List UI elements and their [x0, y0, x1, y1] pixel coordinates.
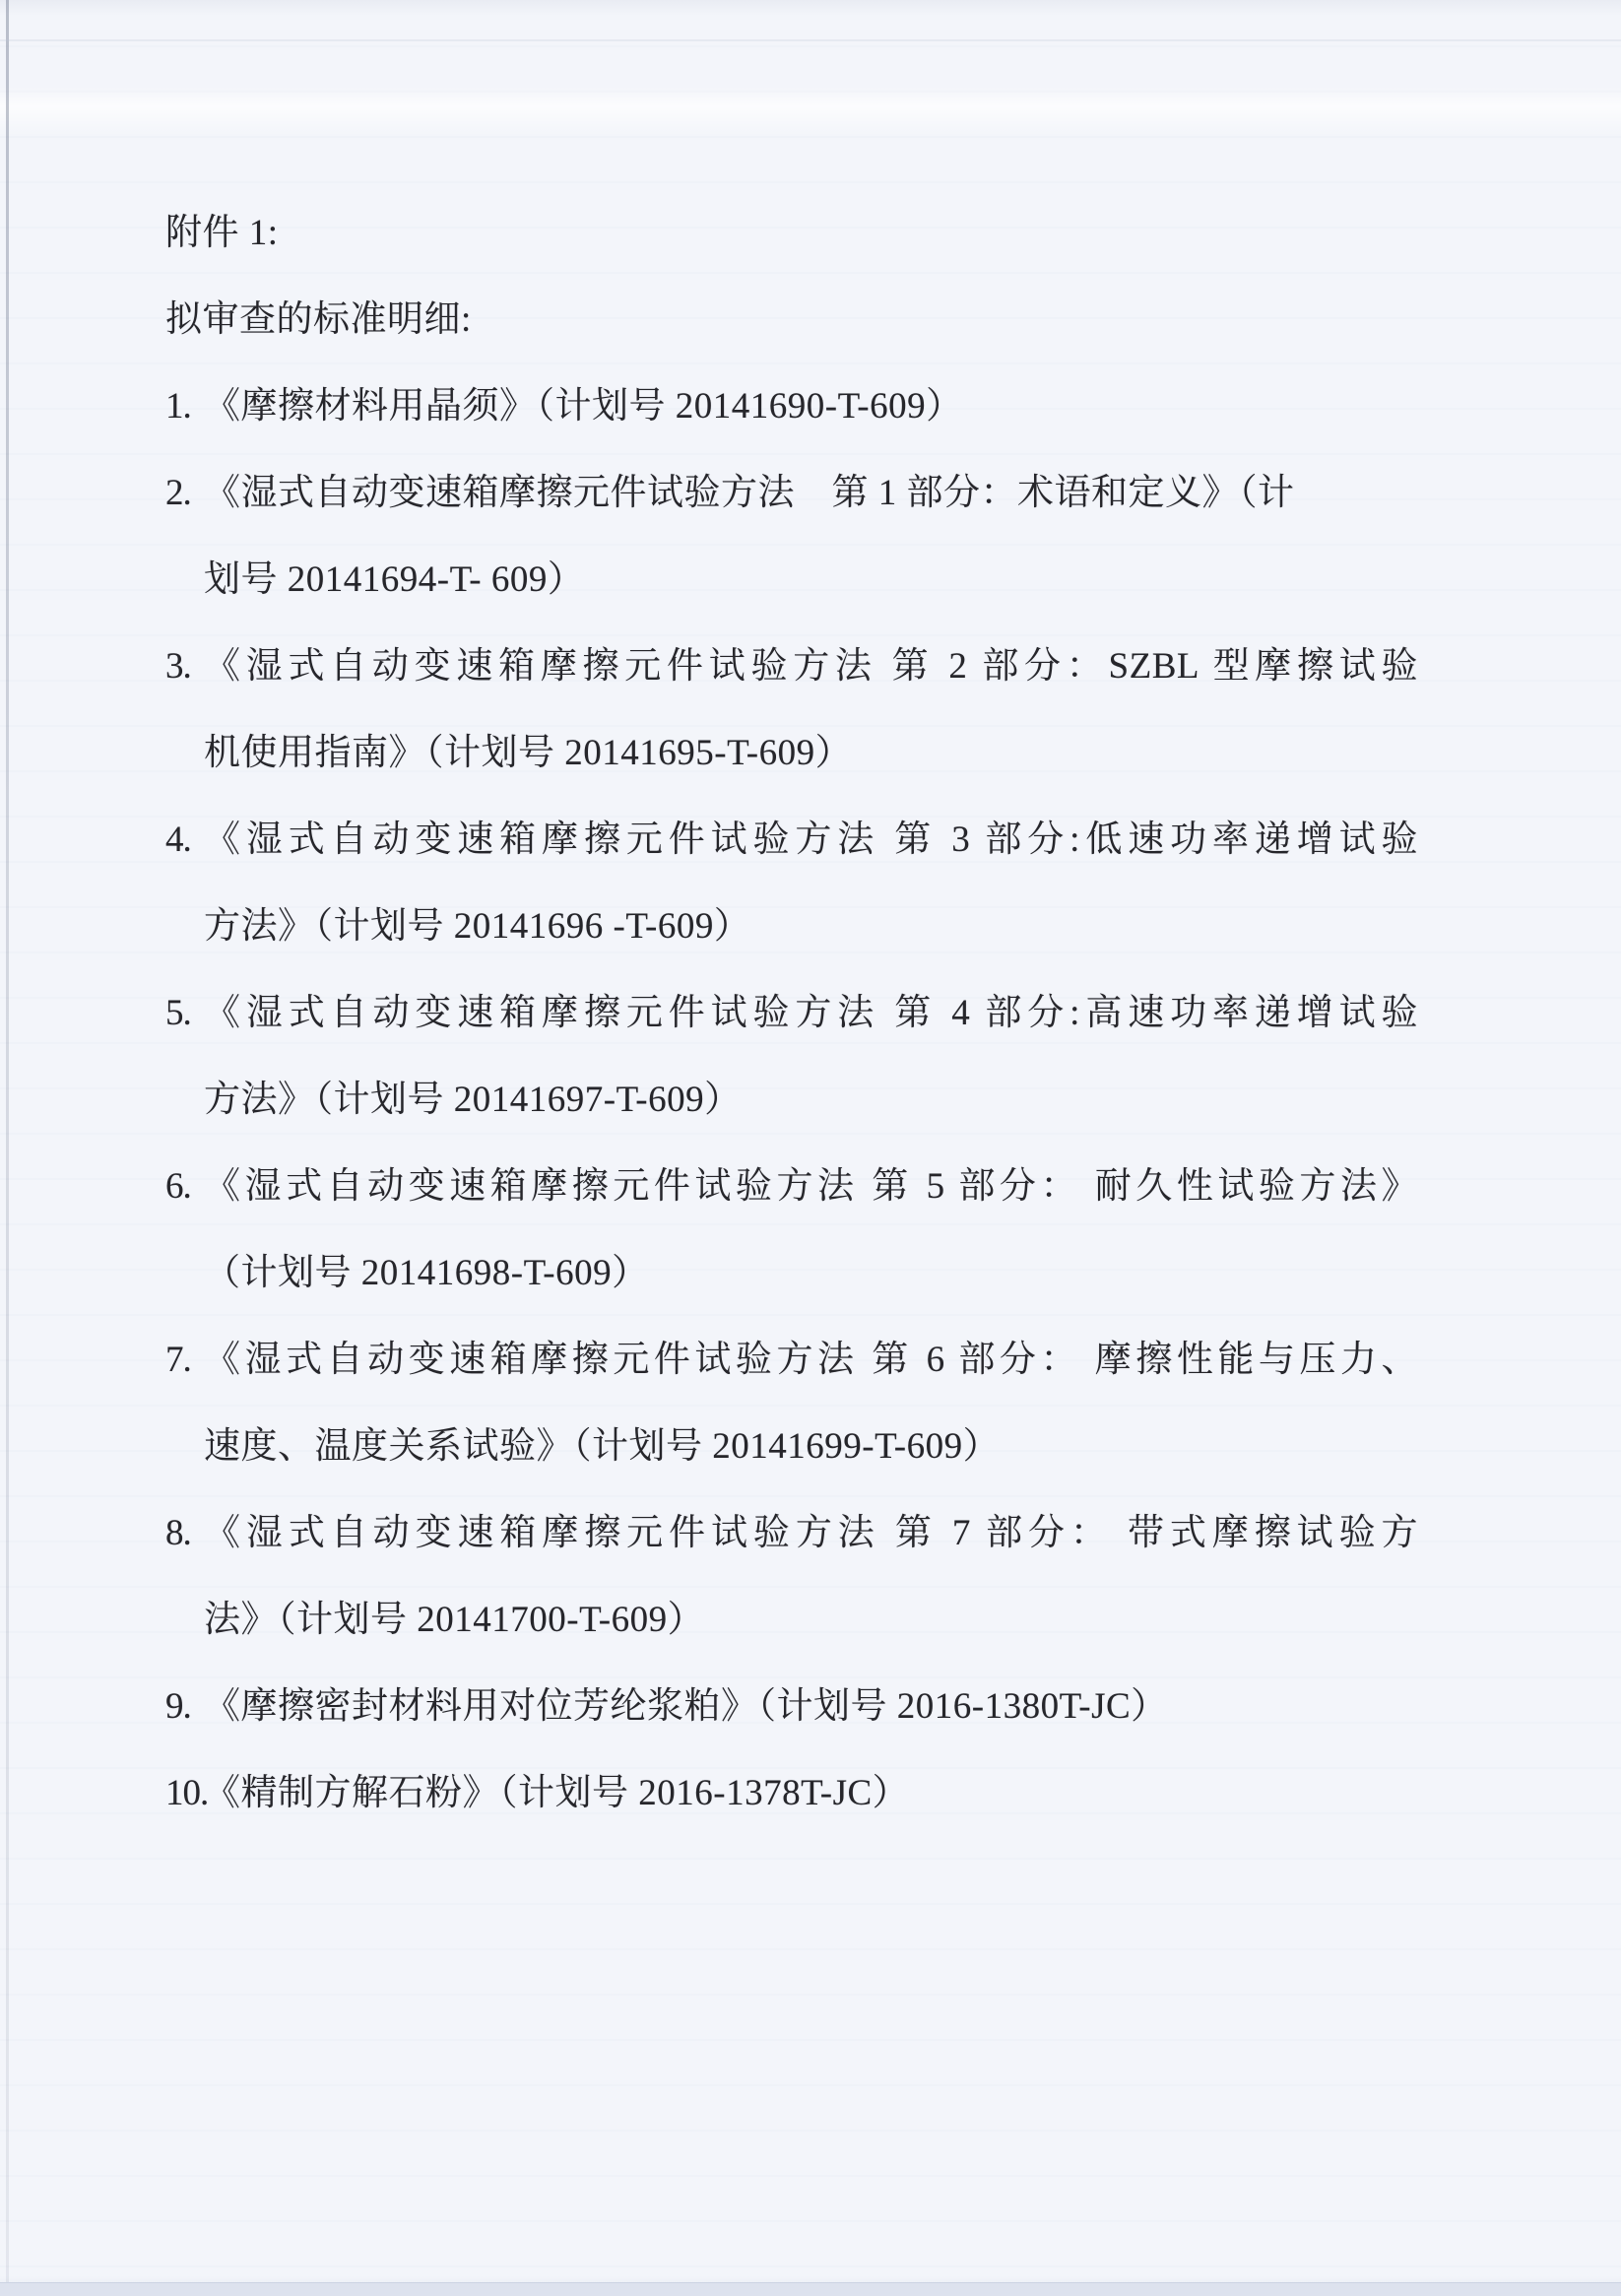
item-text: 《湿式自动变速箱摩擦元件试验方法 第 7 部分： 带式摩擦试验方 [204, 1490, 1418, 1577]
scan-left-edge-artifact [6, 0, 9, 2296]
item-number: 10. [165, 1750, 204, 1837]
item-text: 《湿式自动变速箱摩擦元件试验方法 第 3 部分:低速功率递增试验 [204, 797, 1418, 884]
standard-list-item: 10. 《精制方解石粉》（计划号 2016-1378T-JC） [165, 1750, 1418, 1837]
standard-list-item: 9. 《摩擦密封材料用对位芳纶浆粕》（计划号 2016-1380T-JC） [165, 1664, 1418, 1750]
item-text-continuation: 方法》（计划号 20141697-T-609） [165, 1057, 1418, 1144]
standard-list-item: 8. 《湿式自动变速箱摩擦元件试验方法 第 7 部分： 带式摩擦试验方 法》（计… [165, 1490, 1418, 1664]
standard-list-item: 5. 《湿式自动变速箱摩擦元件试验方法 第 4 部分:高速功率递增试验 方法》（… [165, 970, 1418, 1144]
item-text: 《湿式自动变速箱摩擦元件试验方法 第 5 部分： 耐久性试验方法》 [204, 1144, 1418, 1230]
item-text: 《湿式自动变速箱摩擦元件试验方法 第 1 部分：术语和定义》（计 [204, 450, 1418, 537]
standard-list-item: 7. 《湿式自动变速箱摩擦元件试验方法 第 6 部分： 摩擦性能与压力、 速度、… [165, 1317, 1418, 1490]
item-text-continuation: （计划号 20141698-T-609） [165, 1230, 1418, 1317]
scan-bottom-edge-artifact [0, 2282, 1621, 2296]
item-text-continuation: 速度、温度关系试验》（计划号 20141699-T-609） [165, 1404, 1418, 1490]
item-number: 8. [165, 1490, 204, 1577]
item-text: 《湿式自动变速箱摩擦元件试验方法 第 4 部分:高速功率递增试验 [204, 970, 1418, 1057]
item-number: 3. [165, 623, 204, 710]
item-number: 7. [165, 1317, 204, 1404]
standard-list-item: 3. 《湿式自动变速箱摩擦元件试验方法 第 2 部分：SZBL 型摩擦试验 机使… [165, 623, 1418, 797]
item-text-continuation: 法》（计划号 20141700-T-609） [165, 1577, 1418, 1664]
item-text: 《精制方解石粉》（计划号 2016-1378T-JC） [204, 1750, 1418, 1837]
standard-list-item: 4. 《湿式自动变速箱摩擦元件试验方法 第 3 部分:低速功率递增试验 方法》（… [165, 797, 1418, 970]
list-title: 拟审查的标准明细: [165, 277, 1418, 363]
item-number: 1. [165, 363, 204, 450]
item-text-continuation: 机使用指南》（计划号 20141695-T-609） [165, 710, 1418, 797]
standard-list-item: 2. 《湿式自动变速箱摩擦元件试验方法 第 1 部分：术语和定义》（计 划号 2… [165, 450, 1418, 623]
document-body: 附件 1: 拟审查的标准明细: 1. 《摩擦材料用晶须》（计划号 2014169… [165, 190, 1418, 1837]
scan-band-artifact [0, 39, 1621, 41]
scanned-document-page: 附件 1: 拟审查的标准明细: 1. 《摩擦材料用晶须》（计划号 2014169… [0, 0, 1621, 2296]
item-number: 4. [165, 797, 204, 884]
item-number: 6. [165, 1144, 204, 1230]
item-number: 2. [165, 450, 204, 537]
item-text-continuation: 划号 20141694-T- 609） [165, 537, 1418, 623]
item-text-continuation: 方法》（计划号 20141696 -T-609） [165, 884, 1418, 970]
attachment-heading: 附件 1: [165, 190, 1418, 277]
item-text: 《摩擦材料用晶须》（计划号 20141690-T-609） [204, 363, 1418, 450]
item-number: 9. [165, 1664, 204, 1750]
item-text: 《湿式自动变速箱摩擦元件试验方法 第 2 部分：SZBL 型摩擦试验 [204, 623, 1418, 710]
item-text: 《湿式自动变速箱摩擦元件试验方法 第 6 部分： 摩擦性能与压力、 [204, 1317, 1418, 1404]
item-text: 《摩擦密封材料用对位芳纶浆粕》（计划号 2016-1380T-JC） [204, 1664, 1418, 1750]
standard-list-item: 1. 《摩擦材料用晶须》（计划号 20141690-T-609） [165, 363, 1418, 450]
item-number: 5. [165, 970, 204, 1057]
standard-list-item: 6. 《湿式自动变速箱摩擦元件试验方法 第 5 部分： 耐久性试验方法》 （计划… [165, 1144, 1418, 1317]
